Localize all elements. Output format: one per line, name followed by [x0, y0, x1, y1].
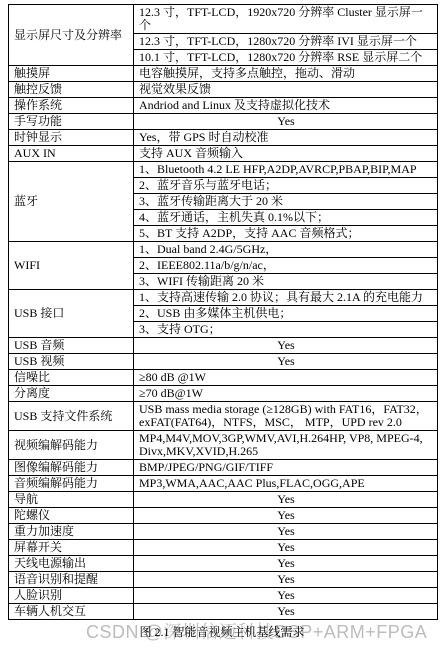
spec-value: 2、USB 由多媒体主机供电；	[134, 306, 438, 322]
spec-value: Yes	[134, 588, 438, 604]
spec-value: Yes	[134, 524, 438, 540]
spec-label: 蓝牙	[9, 162, 134, 242]
spec-label: 显示屏尺寸及分辨率	[9, 5, 134, 66]
spec-value: 支持 AUX 音频输入	[134, 146, 438, 162]
spec-value: 3、WIFI 传输距离 20 米	[134, 274, 438, 290]
spec-value: 2、蓝牙音乐与蓝牙电话；	[134, 178, 438, 194]
spec-label: 触摸屏	[9, 66, 134, 82]
table-row: 时钟显示Yes，带 GPS 时自动校准	[9, 130, 438, 146]
table-row: 操作系统Andriod and Linux 及支持虚拟化技术	[9, 98, 438, 114]
table-row: USB 支持文件系统USB mass media storage (≥128GB…	[9, 402, 438, 431]
spec-label: USB 接口	[9, 290, 134, 338]
spec-value: 1、Bluetooth 4.2 LE HFP,A2DP,AVRCP,PBAP,B…	[134, 162, 438, 178]
spec-label: USB 视频	[9, 354, 134, 370]
spec-label: 图像编解码能力	[9, 460, 134, 476]
spec-value: MP4,M4V,MOV,3GP,WMV,AVI,H.264HP, VP8, MP…	[134, 431, 438, 460]
spec-label: 音频编解码能力	[9, 476, 134, 492]
spec-value: 电容触摸屏，支持多点触控，拖动、滑动	[134, 66, 438, 82]
spec-value: Yes	[134, 114, 438, 130]
spec-value: Yes	[134, 354, 438, 370]
spec-label: 导航	[9, 492, 134, 508]
spec-value: ≥80 dB @1W	[134, 370, 438, 386]
table-row: 蓝牙1、Bluetooth 4.2 LE HFP,A2DP,AVRCP,PBAP…	[9, 162, 438, 178]
spec-value: USB mass media storage (≥128GB) with FAT…	[134, 402, 438, 431]
spec-value: ≥70 dB@1W	[134, 386, 438, 402]
table-row: 天线电源输出Yes	[9, 556, 438, 572]
spec-label: 操作系统	[9, 98, 134, 114]
spec-value: Yes	[134, 338, 438, 354]
spec-label: 天线电源输出	[9, 556, 134, 572]
spec-value: 3、蓝牙传输距离大于 20 米	[134, 194, 438, 210]
table-row: 屏幕开关Yes	[9, 540, 438, 556]
table-row: 语音识别和提醒Yes	[9, 572, 438, 588]
table-row: 触摸屏电容触摸屏，支持多点触控，拖动、滑动	[9, 66, 438, 82]
spec-value: Andriod and Linux 及支持虚拟化技术	[134, 98, 438, 114]
spec-value: Yes	[134, 508, 438, 524]
table-row: 导航Yes	[9, 492, 438, 508]
table-row: 信噪比≥80 dB @1W	[9, 370, 438, 386]
spec-label: USB 音频	[9, 338, 134, 354]
spec-table: 显示屏尺寸及分辨率12.3 寸，TFT-LCD，1920x720 分辨率 Clu…	[8, 4, 438, 620]
spec-label: 触控反馈	[9, 82, 134, 98]
table-row: USB 接口1、支持高速传输 2.0 协议；具有最大 2.1A 的充电能力	[9, 290, 438, 306]
table-row: 显示屏尺寸及分辨率12.3 寸，TFT-LCD，1920x720 分辨率 Clu…	[9, 5, 438, 34]
spec-label: 信噪比	[9, 370, 134, 386]
spec-label: USB 支持文件系统	[9, 402, 134, 431]
spec-label: WIFI	[9, 242, 134, 290]
spec-value: Yes	[134, 556, 438, 572]
spec-value: 视觉效果反馈	[134, 82, 438, 98]
spec-label: 分离度	[9, 386, 134, 402]
table-row: 视频编解码能力MP4,M4V,MOV,3GP,WMV,AVI,H.264HP, …	[9, 431, 438, 460]
spec-value: 1、Dual band 2.4G/5GHz，	[134, 242, 438, 258]
spec-value: BMP/JPEG/PNG/GIF/TIFF	[134, 460, 438, 476]
spec-value: Yes	[134, 572, 438, 588]
table-row: AUX IN支持 AUX 音频输入	[9, 146, 438, 162]
spec-value: 5、BT 支持 A2DP，支持 AAC 音频格式；	[134, 226, 438, 242]
spec-value: 4、蓝牙通话，主机失真 0.1%以下；	[134, 210, 438, 226]
spec-label: 陀螺仪	[9, 508, 134, 524]
spec-value: 12.3 寸，TFT-LCD，1920x720 分辨率 Cluster 显示屏一…	[134, 5, 438, 34]
spec-value: Yes	[134, 492, 438, 508]
spec-label: 语音识别和提醒	[9, 572, 134, 588]
table-row: 图像编解码能力BMP/JPEG/PNG/GIF/TIFF	[9, 460, 438, 476]
spec-label: AUX IN	[9, 146, 134, 162]
caption-text: 图 2.1 智能音视频主机基线需求	[0, 623, 444, 640]
spec-document-page: 显示屏尺寸及分辨率12.3 寸，TFT-LCD，1920x720 分辨率 Clu…	[0, 0, 444, 655]
table-row: WIFI1、Dual band 2.4G/5GHz，	[9, 242, 438, 258]
table-row: 手写功能Yes	[9, 114, 438, 130]
table-row: 触控反馈视觉效果反馈	[9, 82, 438, 98]
spec-value: 10.1 寸，TFT-LCD，1280x720 分辨率 RSE 显示屏二个	[134, 50, 438, 66]
spec-value: 3、支持 OTG；	[134, 322, 438, 338]
table-row: 重力加速度Yes	[9, 524, 438, 540]
spec-value: 1、支持高速传输 2.0 协议；具有最大 2.1A 的充电能力	[134, 290, 438, 306]
table-row: USB 视频Yes	[9, 354, 438, 370]
spec-label: 重力加速度	[9, 524, 134, 540]
spec-label: 屏幕开关	[9, 540, 134, 556]
spec-label: 时钟显示	[9, 130, 134, 146]
spec-value: Yes，带 GPS 时自动校准	[134, 130, 438, 146]
spec-label: 视频编解码能力	[9, 431, 134, 460]
table-caption: CSDN @深圳信迈科技DSP+ARM+FPGA 图 2.1 智能音视频主机基线…	[0, 614, 444, 644]
table-row: 陀螺仪Yes	[9, 508, 438, 524]
spec-value: MP3,WMA,AAC,AAC Plus,FLAC,OGG,APE	[134, 476, 438, 492]
table-row: 人脸识别Yes	[9, 588, 438, 604]
spec-table-body: 显示屏尺寸及分辨率12.3 寸，TFT-LCD，1920x720 分辨率 Clu…	[9, 5, 438, 620]
table-row: 分离度≥70 dB@1W	[9, 386, 438, 402]
spec-value: 12.3 寸，TFT-LCD，1280x720 分辨率 IVI 显示屏一个	[134, 34, 438, 50]
spec-value: 2、IEEE802.11a/b/g/n/ac，	[134, 258, 438, 274]
table-row: USB 音频Yes	[9, 338, 438, 354]
spec-label: 手写功能	[9, 114, 134, 130]
spec-value: Yes	[134, 540, 438, 556]
table-row: 音频编解码能力MP3,WMA,AAC,AAC Plus,FLAC,OGG,APE	[9, 476, 438, 492]
spec-label: 人脸识别	[9, 588, 134, 604]
